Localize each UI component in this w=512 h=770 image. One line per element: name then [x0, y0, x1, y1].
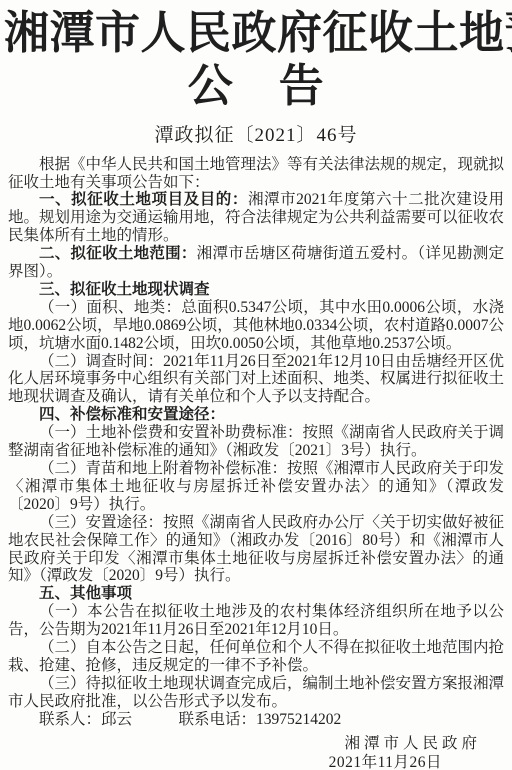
paragraph: 四、补偿标准和安置途径：	[8, 406, 504, 424]
document-title-line2: 公 告	[4, 61, 508, 112]
paragraph: 三、拟征收土地现状调查	[8, 281, 504, 299]
paragraph: （二）调查时间：2021年11月26日至2021年12月10日由岳塘经开区优化人…	[8, 353, 504, 407]
section-heading: 三、拟征收土地现状调查	[39, 281, 210, 298]
section-heading: 五、其他事项	[39, 585, 132, 602]
contact-person-value: 邱云	[101, 711, 132, 728]
issuer-name: 湘潭市人民政府	[0, 734, 512, 754]
document-title-line1: 湘潭市人民政府征收土地预	[4, 8, 508, 59]
signature-block: 湘潭市人民政府 2021年11月26日	[0, 734, 512, 770]
land-expropriation-announcement: 湘潭市人民政府征收土地预 公 告 潭政拟征〔2021〕46号 根据《中华人民共和…	[0, 0, 512, 770]
issue-date: 2021年11月26日	[0, 753, 512, 770]
contact-phone-value: 13975214202	[256, 711, 341, 728]
paragraph: 二、拟征收土地范围：湘潭市岳塘区荷塘街道五爱村。（详见勘测定界图）。	[8, 245, 504, 281]
contact-person-label: 联系人：	[39, 711, 101, 728]
paragraph: （三）待拟征收土地现状调查完成后，编制土地补偿安置方案报湘潭市人民政府批准，以公…	[8, 675, 504, 711]
paragraph: （三）安置途径：按照《湖南省人民政府办公厅〈关于切实做好被征地农民社会保障工作〉…	[8, 514, 504, 586]
contact-phone-label: 联系电话：	[179, 711, 257, 728]
paragraph: （一）土地补偿费和安置补助费标准：按照《湖南省人民政府关于调整湖南省征地补偿标准…	[8, 424, 504, 460]
section-heading: 二、拟征收土地范围：	[39, 245, 197, 262]
document-number: 潭政拟征〔2021〕46号	[0, 120, 512, 147]
contact-section: 联系人：邱云联系电话：13975214202	[0, 711, 512, 729]
section-heading: 四、补偿标准和安置途径：	[39, 406, 225, 423]
paragraph: （一）面积、地类：总面积0.5347公顷，其中水田0.0006公顷，水浇地0.0…	[8, 299, 504, 353]
body-paragraphs: 根据《中华人民共和国土地管理法》等有关法律法规的规定，现就拟征收土地有关事项公告…	[0, 156, 512, 711]
paragraph: 一、拟征收土地项目及目的：湘潭市2021年度第六十二批次建设用地。规划用途为交通…	[8, 191, 504, 245]
paragraph: （二）青苗和地上附着物补偿标准：按照《湘潭市人民政府关于印发〈湘潭市集体土地征收…	[8, 460, 504, 514]
section-heading: 一、拟征收土地项目及目的：	[39, 191, 248, 208]
paragraph: 根据《中华人民共和国土地管理法》等有关法律法规的规定，现就拟征收土地有关事项公告…	[8, 156, 504, 192]
paragraph: （二）自本公告之日起，任何单位和个人不得在拟征收土地范围内抢栽、抢建、抢修，违反…	[8, 639, 504, 675]
paragraph: （一）本公告在拟征收土地涉及的农村集体经济组织所在地予以公告，公告期为2021年…	[8, 603, 504, 639]
paragraph: 五、其他事项	[8, 585, 504, 603]
contact-line: 联系人：邱云联系电话：13975214202	[8, 711, 504, 729]
